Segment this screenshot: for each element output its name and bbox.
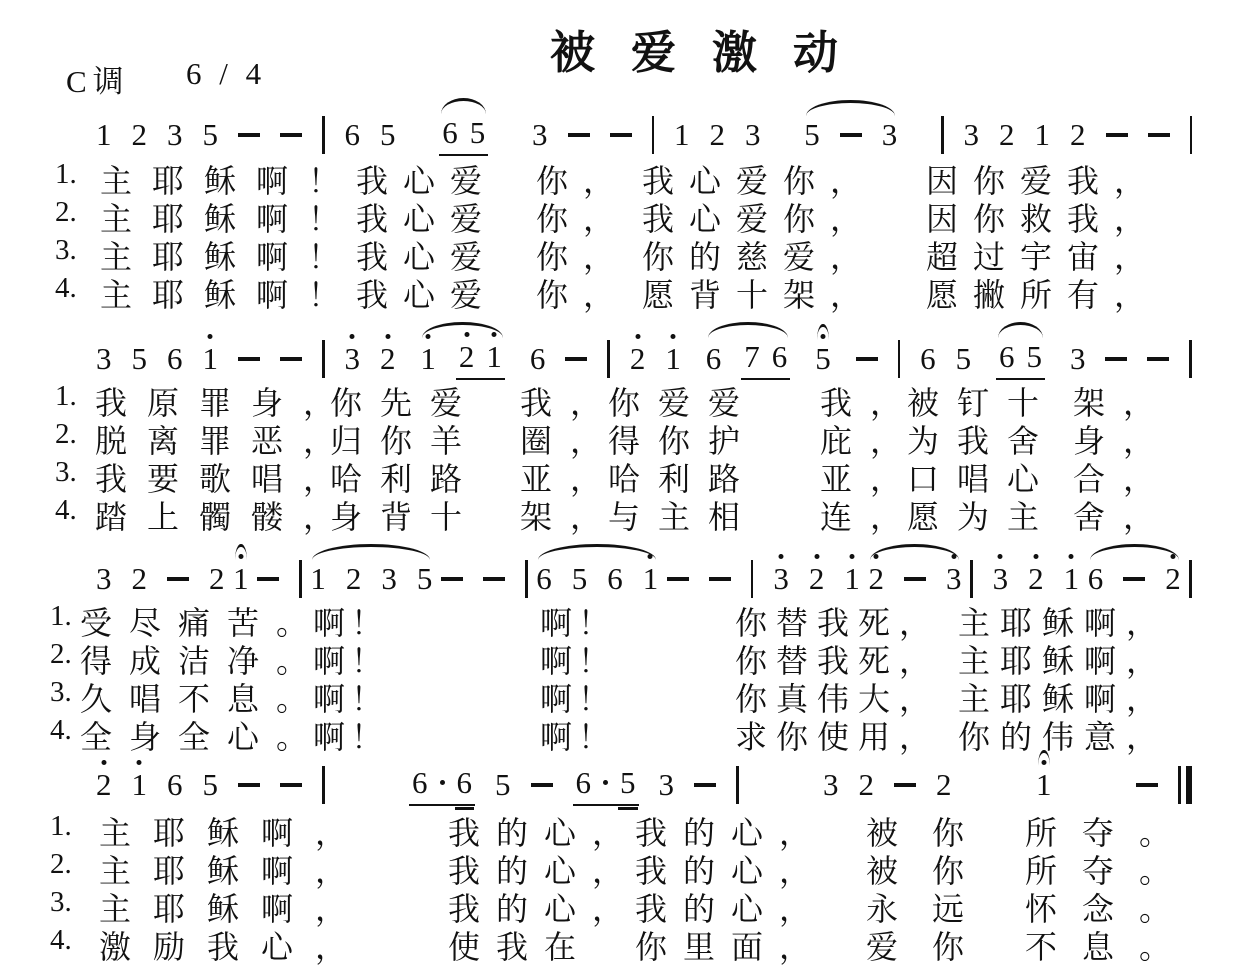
verse-number: 2. [55, 418, 77, 451]
note-group: 2165 [96, 766, 325, 804]
barline [1189, 340, 1192, 378]
note: 5 [380, 117, 396, 153]
lyric-row-system2-verse1: 1.我原罪身，你先爱我，你爱爱我，被钉十架， [0, 378, 1238, 418]
duration-dash [280, 133, 302, 137]
lyric-row-system1-verse4: 4.主耶稣啊！我心爱你，愿背十架，愿撇所有， [0, 270, 1238, 310]
note: 5 [572, 561, 588, 597]
verse-number: 3. [55, 456, 77, 489]
note-high-octave: 3 [773, 561, 789, 597]
note: 1 [1035, 117, 1051, 153]
verse-number: 2. [50, 848, 72, 881]
verse-number: 1. [50, 810, 72, 843]
duration-dash [840, 133, 862, 137]
beamed-note-group: 66 [409, 765, 475, 806]
lyric-segment: 连， [820, 492, 920, 538]
note: 6 [167, 341, 183, 377]
verse-number: 2. [55, 196, 77, 229]
barline [322, 340, 325, 378]
lyric-segment: 你， [536, 270, 630, 316]
lyric-segment: 架， [520, 492, 620, 538]
duration-dash [1136, 783, 1158, 787]
note: 3 [823, 767, 839, 803]
verse-number: 1. [55, 158, 77, 191]
beamed-note-group: 76 [741, 339, 790, 380]
duration-dash [280, 783, 302, 787]
slur-group: 6561 [536, 561, 658, 597]
note-high-octave: 1 [132, 767, 148, 803]
barline [898, 340, 901, 378]
barline [607, 340, 610, 378]
duration-dash [1123, 577, 1145, 581]
barline [322, 116, 325, 154]
lyric-row-system4-verse3: 3.主耶稣啊，我的心，我的心，永远怀念。 [0, 884, 1238, 924]
lyric-segment: 不息。 [1025, 922, 1196, 968]
note: 6 [167, 767, 183, 803]
note: 5 [620, 765, 636, 801]
note: 3 [532, 117, 548, 153]
note: 3 [964, 117, 980, 153]
note-group: 621 [530, 340, 681, 378]
song-title: 被爱激动 [550, 16, 874, 81]
barline [1189, 560, 1192, 598]
lyric-segment: 愿背十架， [642, 270, 877, 316]
note-group [441, 560, 528, 598]
final-barline [1178, 766, 1192, 804]
notation-line-2: 356132121621676565653 [96, 336, 1192, 382]
duration-dash [280, 357, 302, 361]
note: 2 [1070, 117, 1086, 153]
lyric-segment: 踏上髑髅， [95, 492, 355, 538]
slur-group: 65 [439, 115, 488, 156]
note: 5 [495, 767, 511, 803]
note: 3 [96, 561, 112, 597]
duration-dash [483, 577, 505, 581]
note-high-octave: 3 [993, 561, 1009, 597]
note-group: 356132 [96, 340, 396, 378]
lyric-segment: 求你使用， [735, 712, 940, 758]
sheet-music-page: 被爱激动 C调 6 / 4 1235656531235332121.主耶稣啊！我… [0, 0, 1238, 980]
duration-dash [894, 783, 916, 787]
duration-dash [856, 357, 878, 361]
slur-group: 121 [420, 339, 505, 380]
barline [1190, 116, 1193, 154]
note: 6 [345, 117, 361, 153]
duration-dash [1105, 357, 1127, 361]
beamed-note-group: 21 [456, 339, 505, 380]
lyric-row-system3-verse3: 3.久唱不息。啊！啊！你真伟大，主耶稣啊， [0, 674, 1238, 714]
slur-group: 1235 [310, 561, 432, 597]
verse-number: 3. [50, 676, 72, 709]
lyric-segment: 爱你 [866, 922, 998, 968]
beamed-note-group: 65 [573, 765, 639, 806]
slur-group: 65 [996, 339, 1045, 380]
dotted-rhythm-dot [440, 780, 445, 785]
barline [652, 116, 655, 154]
duration-dash [1106, 133, 1128, 137]
note: 1 [674, 117, 690, 153]
beamed-note-group: 65 [439, 115, 488, 156]
verse-number: 4. [55, 494, 77, 527]
lyric-row-system2-verse4: 4.踏上髑髅，身背十架，与主相连，愿为主舍， [0, 492, 1238, 532]
slur-group: 23 [868, 561, 961, 597]
note: 5 [417, 561, 433, 597]
lyric-segment: 啊！ [540, 712, 616, 758]
note-group: 322 [96, 561, 225, 597]
note: 6 [530, 341, 546, 377]
verse-number: 2. [50, 638, 72, 671]
verse-number: 4. [50, 924, 72, 957]
duration-dash [167, 577, 189, 581]
note: 1 [310, 561, 326, 597]
barline [736, 766, 739, 804]
lyric-row-system3-verse2: 2.得成洁净。啊！啊！你替我死，主耶稣啊， [0, 636, 1238, 676]
note: 5 [203, 767, 219, 803]
duration-dash [709, 577, 731, 581]
duration-dash [610, 133, 632, 137]
barline [751, 560, 754, 598]
note: 2 [346, 561, 362, 597]
duration-dash [904, 577, 926, 581]
notation-line-1: 123565653123533212 [96, 112, 1192, 158]
note-high-octave: 2 [868, 561, 884, 597]
lyric-row-system1-verse3: 3.主耶稣啊！我心爱你，你的慈爱，超过宇宙， [0, 232, 1238, 272]
note: 5 [804, 117, 820, 153]
note-group: 321 [970, 560, 1079, 598]
note: 6 [607, 561, 623, 597]
lyric-row-system3-verse4: 4.全身全心。啊！啊！求你使用，你的伟意， [0, 712, 1238, 752]
note: 5 [956, 341, 972, 377]
note: 2 [209, 561, 225, 597]
note-group: 322 [823, 767, 952, 803]
note: 5 [1027, 339, 1043, 375]
verse-number: 4. [55, 272, 77, 305]
duration-dash [531, 783, 553, 787]
note: 6 [1088, 561, 1104, 597]
lyric-row-system1-verse2: 2.主耶稣啊！我心爱你，我心爱你，因你救我， [0, 194, 1238, 234]
lyric-segment: 激励我心， [99, 922, 369, 968]
note: 3 [96, 341, 112, 377]
note: 5 [470, 115, 486, 151]
notation-line-3: 3221123565613212332162 [96, 556, 1192, 602]
note: 5 [132, 341, 148, 377]
note: 2 [132, 117, 148, 153]
note-high-octave: 2 [96, 767, 112, 803]
duration-dash [667, 577, 689, 581]
note: 6 [999, 339, 1015, 375]
note: 6 [706, 341, 722, 377]
note-high-octave: 1 [844, 561, 860, 597]
note-group: 321 [667, 560, 860, 598]
note: 6 [576, 765, 592, 801]
barline [525, 560, 528, 598]
slur-group: 1 [1036, 767, 1052, 803]
lyric-segment: 主耶稣啊！ [100, 270, 360, 316]
note-group [1136, 766, 1192, 804]
note: 6 [442, 115, 458, 151]
barline [322, 766, 325, 804]
note: 7 [744, 339, 760, 375]
note-high-octave: 1 [1064, 561, 1080, 597]
duration-dash [257, 577, 279, 581]
note-high-octave: 2 [459, 339, 475, 375]
slur-group: 62 [1088, 561, 1181, 597]
duration-dash [1147, 357, 1169, 361]
note-high-octave: 2 [809, 561, 825, 597]
verse-number: 4. [50, 714, 72, 747]
time-signature: 6 / 4 [186, 56, 266, 92]
note-group [257, 560, 302, 598]
note: 6 [920, 341, 936, 377]
lyric-segment: 使我在 [448, 922, 592, 968]
lyric-segment: 愿为主 [907, 492, 1057, 538]
note-high-octave: 1 [1036, 767, 1052, 803]
note-high-octave: 1 [643, 561, 659, 597]
note-high-octave: 2 [630, 341, 646, 377]
lyric-segment: 你的伟意， [958, 712, 1168, 758]
note: 2 [859, 767, 875, 803]
note-group: 65 [856, 340, 972, 378]
note-high-octave: 1 [233, 561, 249, 597]
note-group [1189, 560, 1192, 598]
slur-group: 1 [233, 561, 249, 597]
duration-dash [238, 133, 260, 137]
note: 3 [882, 117, 898, 153]
slur-group: 53 [804, 117, 897, 153]
final-barline-thick [1186, 766, 1193, 804]
note: 3 [381, 561, 397, 597]
beamed-note-group: 65 [996, 339, 1045, 380]
note-group: 665653 [409, 765, 739, 806]
lyric-segment: 身背十 [330, 492, 480, 538]
key-signature: C调 [66, 56, 130, 101]
lyric-row-system4-verse1: 1.主耶稣啊，我的心，我的心，被你所夺。 [0, 808, 1238, 848]
note-high-octave: 2 [1165, 561, 1181, 597]
duration-dash [238, 357, 260, 361]
note: 2 [936, 767, 952, 803]
dotted-rhythm-dot [603, 780, 608, 785]
verse-number: 3. [50, 886, 72, 919]
note: 3 [1070, 341, 1086, 377]
barline [941, 116, 944, 154]
duration-dash [441, 577, 463, 581]
verse-number: 3. [55, 234, 77, 267]
note: 3 [745, 117, 761, 153]
slur-group: 676 [706, 339, 791, 380]
final-barline-thin [1178, 766, 1181, 804]
lyric-row-system3-verse1: 1.受尽痛苦。啊！啊！你替我死，主耶稣啊， [0, 598, 1238, 638]
note-group: 3123 [532, 116, 761, 154]
slur-group: 5 [815, 341, 831, 377]
note-group: 3 [1070, 340, 1192, 378]
note: 6 [772, 339, 788, 375]
note: 3 [167, 117, 183, 153]
note-high-octave: 3 [345, 341, 361, 377]
duration-dash [565, 357, 587, 361]
verse-number: 1. [50, 600, 72, 633]
note: 5 [203, 117, 219, 153]
note: 2 [999, 117, 1015, 153]
note-high-octave: 1 [203, 341, 219, 377]
lyric-segment: 啊！ [313, 712, 389, 758]
note: 1 [96, 117, 112, 153]
lyric-row-system2-verse2: 2.脱离罪恶，归你羊圈，得你护庇，为我舍身， [0, 416, 1238, 456]
note: 6 [536, 561, 552, 597]
lyric-row-system4-verse4: 4.激励我心，使我在你里面，爱你不息。 [0, 922, 1238, 962]
lyric-row-system4-verse2: 2.主耶稣啊，我的心，我的心，被你所夺。 [0, 846, 1238, 886]
note-high-octave: 3 [946, 561, 962, 597]
lyric-row-system2-verse3: 3.我要歌唱，哈利路亚，哈利路亚，口唱心合， [0, 454, 1238, 494]
lyric-segment: 舍， [1073, 492, 1173, 538]
barline [970, 560, 973, 598]
note-group: 123565 [96, 116, 396, 154]
duration-dash [568, 133, 590, 137]
note: 3 [659, 767, 675, 803]
lyric-row-system1-verse1: 1.主耶稣啊！我心爱你，我心爱你，因你爱我， [0, 156, 1238, 196]
note-high-octave: 1 [420, 341, 436, 377]
lyric-segment: 愿撇所有， [926, 270, 1161, 316]
lyric-segment: 你里面， [635, 922, 827, 968]
note-group: 3212 [941, 116, 1192, 154]
barline [299, 560, 302, 598]
lyric-segment: 全身全心。 [80, 712, 325, 758]
verse-number: 1. [55, 380, 77, 413]
duration-dash [1148, 133, 1170, 137]
lyric-segment: 与主相 [608, 492, 758, 538]
lyric-segment: 我心爱 [356, 270, 497, 316]
note-high-octave: 2 [1028, 561, 1044, 597]
note: 6 [457, 765, 473, 801]
note-high-octave: 1 [665, 341, 681, 377]
notation-line-4: 21656656533221 [96, 762, 1192, 808]
note-high-octave: 5 [815, 341, 831, 377]
note-high-octave: 2 [380, 341, 396, 377]
note: 2 [132, 561, 148, 597]
duration-dash [238, 783, 260, 787]
note-high-octave: 1 [486, 339, 502, 375]
note: 2 [710, 117, 726, 153]
note: 6 [412, 765, 428, 801]
duration-dash [694, 783, 716, 787]
